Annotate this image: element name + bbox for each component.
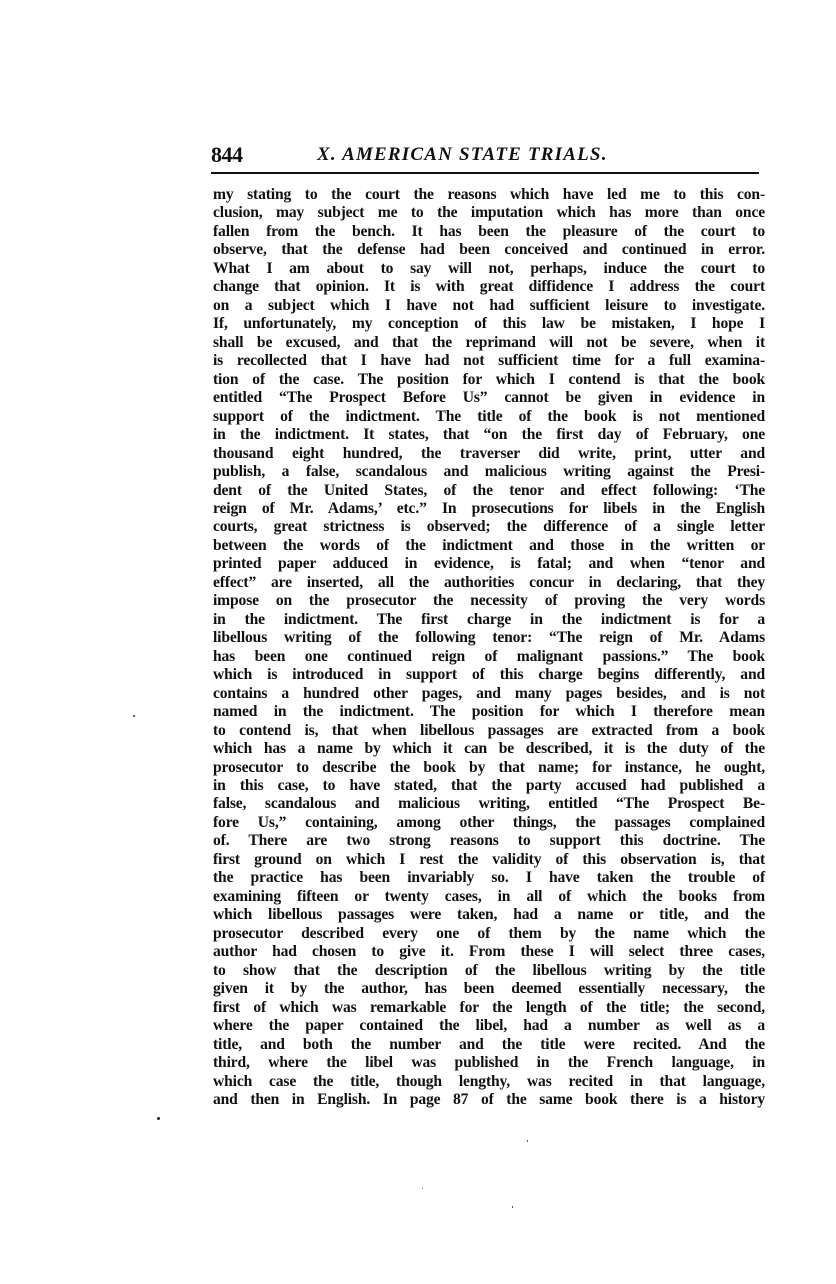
text-line: and then in English. In page 87 of the s… <box>213 1091 765 1109</box>
text-line: to show that the description of the libe… <box>213 962 765 980</box>
text-line: first ground on which I rest the validit… <box>213 851 765 869</box>
text-line: of. There are two strong reasons to supp… <box>213 832 765 850</box>
text-line: in the indictment. It states, that “on t… <box>213 426 765 444</box>
text-line: change that opinion. It is with great di… <box>213 278 765 296</box>
text-line: first of which was remarkable for the le… <box>213 999 765 1017</box>
text-line: which is introduced in support of this c… <box>213 666 765 684</box>
text-line: thousand eight hundred, the traverser di… <box>213 445 765 463</box>
text-line: shall be excused, and that the reprimand… <box>213 334 765 352</box>
text-line: author had chosen to give it. From these… <box>213 943 765 961</box>
text-line: reign of Mr. Adams,’ etc.” In prosecutio… <box>213 500 765 518</box>
text-line: If, unfortunately, my conception of this… <box>213 315 765 333</box>
text-line: clusion, may subject me to the imputatio… <box>213 204 765 222</box>
scan-speck <box>527 1140 528 1142</box>
text-line: title, and both the number and the title… <box>213 1036 765 1054</box>
text-line: prosecutor to describe the book by that … <box>213 759 765 777</box>
text-line: entitled “The Prospect Before Us” cannot… <box>213 389 765 407</box>
scan-speck <box>422 1188 423 1189</box>
text-line: named in the indictment. The position fo… <box>213 703 765 721</box>
text-line: which libellous passages were taken, had… <box>213 906 765 924</box>
text-line: tion of the case. The position for which… <box>213 371 765 389</box>
header-rule <box>211 172 759 174</box>
text-line: observe, that the defense had been conce… <box>213 241 765 259</box>
text-line: examining fifteen or twenty cases, in al… <box>213 888 765 906</box>
text-line: prosecutor described every one of them b… <box>213 925 765 943</box>
text-line: dent of the United States, of the tenor … <box>213 482 765 500</box>
running-title: X. AMERICAN STATE TRIALS. <box>317 142 608 168</box>
running-head: 844 X. AMERICAN STATE TRIALS. <box>211 141 761 169</box>
text-line: effect” are inserted, all the authoritie… <box>213 574 765 592</box>
text-line: libellous writing of the following tenor… <box>213 629 765 647</box>
text-line: which case the title, though lengthy, wa… <box>213 1073 765 1091</box>
text-line: is recollected that I have had not suffi… <box>213 352 765 370</box>
text-line: publish, a false, scandalous and malicio… <box>213 463 765 481</box>
text-line: support of the indictment. The title of … <box>213 408 765 426</box>
text-line: on a subject which I have not had suffic… <box>213 297 765 315</box>
text-line: third, where the libel was published in … <box>213 1054 765 1072</box>
text-line: What I am about to say will not, perhaps… <box>213 260 765 278</box>
text-line: courts, great strictness is observed; th… <box>213 518 765 536</box>
body-text: my stating to the court the reasons whic… <box>213 186 765 1109</box>
text-line: in this case, to have stated, that the p… <box>213 777 765 795</box>
text-line: to contend is, that when libellous passa… <box>213 722 765 740</box>
text-line: fallen from the bench. It has been the p… <box>213 223 765 241</box>
text-line: impose on the prosecutor the necessity o… <box>213 592 765 610</box>
text-line: my stating to the court the reasons whic… <box>213 186 765 204</box>
text-line: the practice has been invariably so. I h… <box>213 869 765 887</box>
text-line: in the indictment. The first charge in t… <box>213 611 765 629</box>
text-line: fore Us,” containing, among other things… <box>213 814 765 832</box>
text-line: given it by the author, has been deemed … <box>213 980 765 998</box>
scan-speck <box>133 715 135 717</box>
scan-speck <box>157 1117 160 1120</box>
text-line: where the paper contained the libel, had… <box>213 1017 765 1035</box>
book-page: 844 X. AMERICAN STATE TRIALS. my stating… <box>0 0 836 1284</box>
text-line: which has a name by which it can be desc… <box>213 740 765 758</box>
text-line: has been one continued reign of malignan… <box>213 648 765 666</box>
text-line: false, scandalous and malicious writing,… <box>213 795 765 813</box>
text-line: between the words of the indictment and … <box>213 537 765 555</box>
page-number: 844 <box>211 141 243 169</box>
scan-speck <box>512 1206 513 1208</box>
text-line: printed paper adduced in evidence, is fa… <box>213 555 765 573</box>
text-line: contains a hundred other pages, and many… <box>213 685 765 703</box>
